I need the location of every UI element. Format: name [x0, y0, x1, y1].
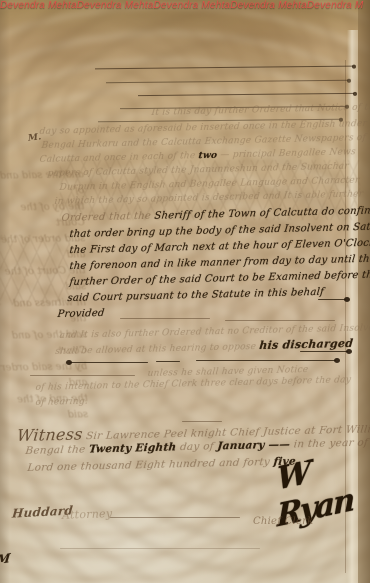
handwritten-text-dark: January ——	[217, 439, 291, 453]
chief-clerk-title: Chief Clerk	[253, 516, 313, 527]
handwritten-text: day of	[176, 440, 218, 453]
handwritten-line: of hearing.	[35, 397, 88, 408]
handwritten-text: Ordered that the	[61, 211, 155, 224]
handwritten-text-dark: Twenty Eighth	[88, 441, 176, 455]
handwritten-line: Provided	[57, 308, 105, 320]
handwritten-text-dark: two	[198, 151, 218, 161]
attorney-label: Attorney	[62, 507, 113, 522]
corner-initials: M	[0, 551, 11, 567]
margin-mark: M.	[28, 132, 43, 143]
handwritten-text: Witness	[16, 424, 84, 445]
ink-bleed-hatching	[0, 235, 70, 305]
handwritten-text: Bengal the	[25, 443, 90, 457]
handwritten-text-dark: his discharged	[259, 337, 354, 352]
document-photo: Devendra MehtaDevendra MehtaDevendra Meh…	[0, 0, 370, 583]
watermark-text: Devendra MehtaDevendra MehtaDevendra Meh…	[0, 0, 370, 13]
